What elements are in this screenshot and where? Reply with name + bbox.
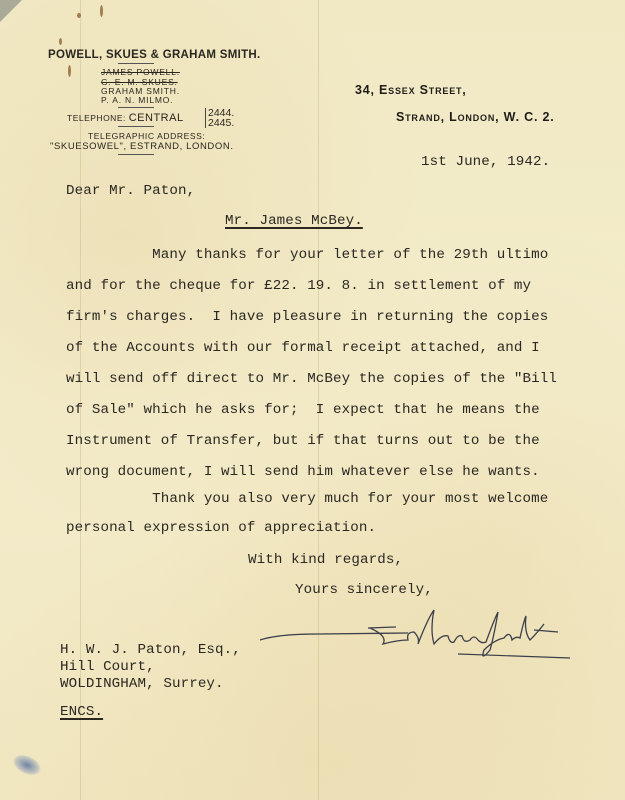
body-line: Thank you also very much for your most w… [66,491,548,507]
partner-name: P. A. N. MILMO. [101,95,173,105]
letter-date: 1st June, 1942. [421,154,550,170]
city-address: Strand, London, W. C. 2. [396,110,555,124]
divider [118,107,154,108]
street-address: 34, Essex Street, [355,83,467,97]
firm-name: POWELL, SKUES & GRAHAM SMITH. [48,49,261,61]
telegraphic-label: Telegraphic Address: [88,131,205,141]
body-line: and for the cheque for £22. 19. 8. in se… [66,278,531,294]
subject-line: Mr. James McBey. [225,213,363,229]
body-line: firm's charges. I have pleasure in retur… [66,309,548,325]
enclosures-note: ENCS. [60,704,103,720]
body-line: personal expression of appreciation. [66,520,376,536]
signature [258,600,578,664]
rust-spot [100,5,103,17]
divider [118,63,154,64]
recipient-line: WOLDINGHAM, Surrey. [60,676,224,692]
ink-blot [10,751,45,780]
rust-spot [77,13,81,18]
rust-spot [59,38,62,45]
torn-corner [0,0,22,22]
closing-sincerely: Yours sincerely, [295,582,433,598]
closing-regards: With kind regards, [248,552,403,568]
body-line: of the Accounts with our formal receipt … [66,340,540,356]
telephone: Telephone: Central [67,112,184,124]
salutation: Dear Mr. Paton, [66,183,195,199]
telephone-label: Telephone: [67,113,126,123]
body-line: wrong document, I will send him whatever… [66,464,540,480]
recipient-line: Hill Court, [60,659,155,675]
partner-name: JAMES POWELL. [101,67,180,77]
divider [118,154,154,155]
body-line: will send off direct to Mr. McBey the co… [66,371,557,387]
body-line: Instrument of Transfer, but if that turn… [66,433,540,449]
body-line: Many thanks for your letter of the 29th … [66,247,548,263]
divider [118,126,154,127]
telephone-exchange: Central [129,112,184,124]
paper-fold [318,0,319,800]
rust-spot [68,65,71,77]
telegraphic-address: "SKUESOWEL", ESTRAND, LONDON. [50,141,234,152]
body-line: of Sale" which he asks for; I expect tha… [66,402,540,418]
telephone-number: 2445. [208,118,234,128]
recipient-line: H. W. J. Paton, Esq., [60,642,241,658]
telephone-numbers: 2444. 2445. [205,108,234,128]
